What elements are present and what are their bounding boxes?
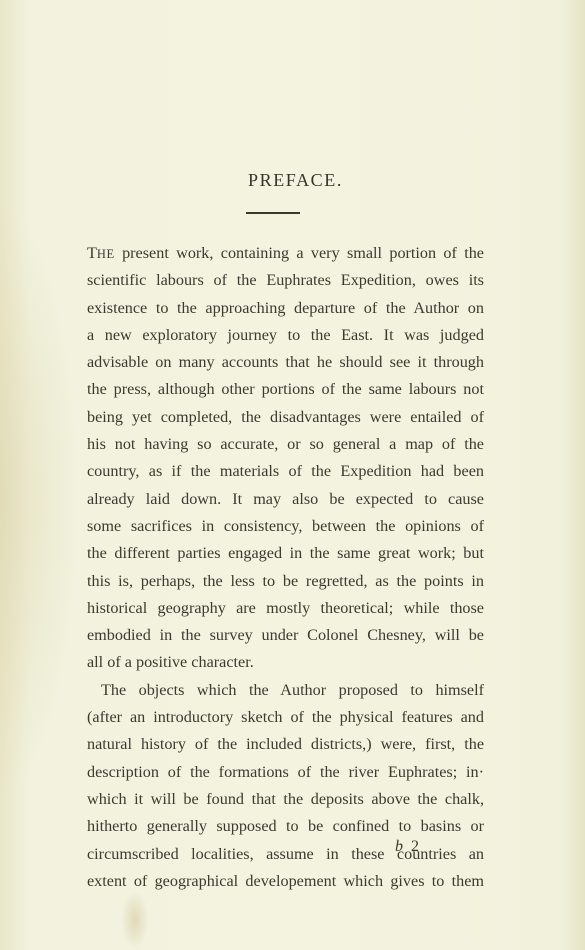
text-line: existence to the approaching departure o… <box>87 295 484 322</box>
text-line-paragraph-start: The objects which the Author proposed to… <box>87 677 484 704</box>
text-line: embodied in the survey under Colonel Che… <box>87 622 484 649</box>
text-line: this is, perhaps, the less to be regrett… <box>87 568 484 595</box>
text-line: the press, although other portions of th… <box>87 376 484 403</box>
text-line: (after an introductory sketch of the phy… <box>87 704 484 731</box>
text-line: THE present work, containing a very smal… <box>87 240 484 267</box>
text-line: circumscribed localities, assume in thes… <box>87 841 484 868</box>
text-line: advisable on many accounts that he shoul… <box>87 349 484 376</box>
text-line: description of the formations of the riv… <box>87 759 484 786</box>
drop-word-rest: HE <box>97 247 115 261</box>
text-line-paragraph-end: all of a positive character. <box>87 649 484 676</box>
text-line: country, as if the materials of the Expe… <box>87 458 484 485</box>
text-line: the different parties engaged in the sam… <box>87 540 484 567</box>
book-page: PREFACE. THE present work, containing a … <box>0 0 585 950</box>
signature-mark: b2 <box>395 838 421 856</box>
text-line: his not having so accurate, or so genera… <box>87 431 484 458</box>
page-title: PREFACE. <box>0 170 585 191</box>
drop-word-cap: T <box>87 244 97 262</box>
signature-letter: b <box>395 838 405 855</box>
text-line: historical geography are mostly theoreti… <box>87 595 484 622</box>
preface-heading: PREFACE. <box>248 170 343 191</box>
text-line: extent of geographical developement whic… <box>87 868 484 895</box>
preface-body: THE present work, containing a very smal… <box>87 240 484 895</box>
text-line-content: present work, containing a very small po… <box>115 244 484 262</box>
text-line: natural history of the included district… <box>87 731 484 758</box>
text-line: a new exploratory journey to the East. I… <box>87 322 484 349</box>
text-line: scientific labours of the Euphrates Expe… <box>87 267 484 294</box>
text-line: being yet completed, the disadvantages w… <box>87 404 484 431</box>
title-rule-divider <box>246 212 300 214</box>
text-line: already laid down. It may also be expect… <box>87 486 484 513</box>
signature-number: 2 <box>411 838 421 855</box>
text-line: hitherto generally supposed to be confin… <box>87 813 484 840</box>
text-line: which it will be found that the deposits… <box>87 786 484 813</box>
text-line: some sacrifices in consistency, between … <box>87 513 484 540</box>
